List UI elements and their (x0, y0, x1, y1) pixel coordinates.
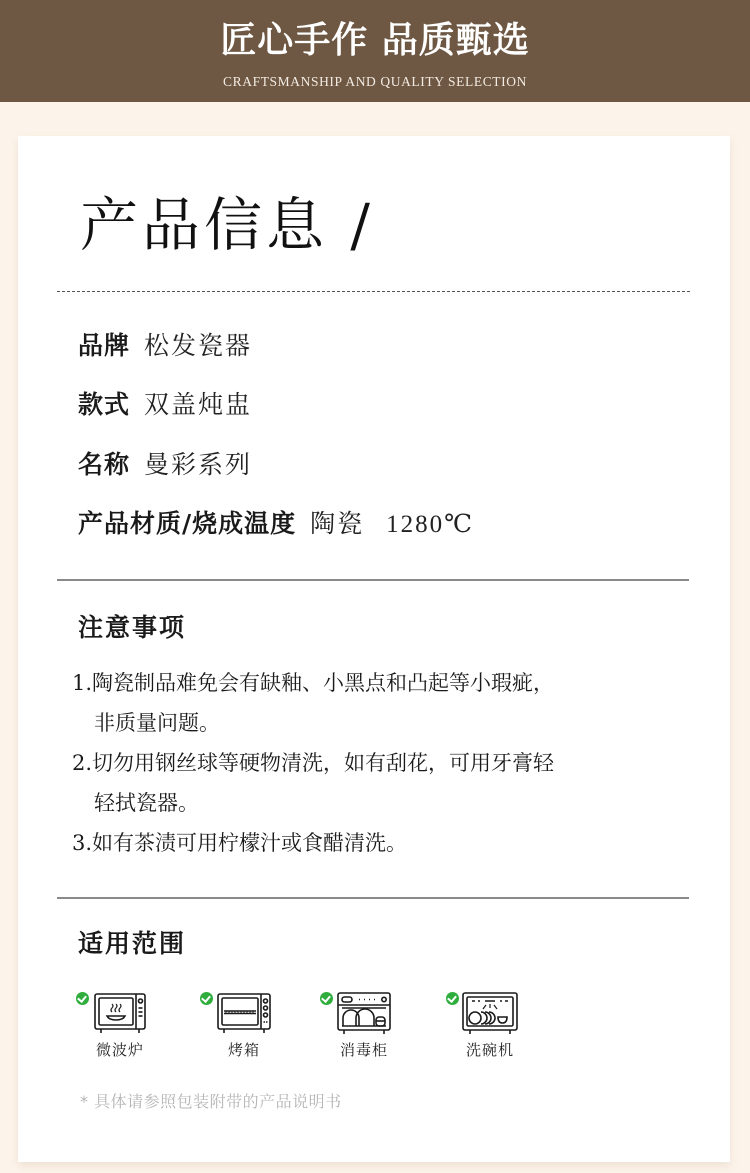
applicable-item-microwave: 微波炉 (65, 990, 175, 1060)
note-text: 3.如有茶渍可用柠檬汁或食醋清洗。 (72, 831, 407, 855)
applicable-label: 消毒柜 (309, 1040, 419, 1060)
note-item-1: 1.陶瓷制品难免会有缺釉、小黑点和凸起等小瑕疵， 非质量问题。 (72, 663, 554, 743)
applicable-label: 烤箱 (189, 1040, 299, 1060)
note-item-3: 3.如有茶渍可用柠檬汁或食醋清洗。 (72, 823, 407, 863)
microwave-icon (90, 990, 150, 1036)
spec-label: 品牌 (78, 331, 130, 360)
note-text-continued: 非质量问题。 (72, 703, 554, 743)
spec-label: 名称 (78, 450, 130, 479)
dishwasher-icon (460, 990, 520, 1036)
applicable-label: 微波炉 (65, 1040, 175, 1060)
spec-row-style: 款式双盖炖盅 (78, 387, 252, 423)
oven-icon (214, 990, 274, 1036)
applicable-label: 洗碗机 (435, 1040, 545, 1060)
header-banner: 匠心手作 品质甄选 CRAFTSMANSHIP AND QUALITY SELE… (0, 0, 750, 102)
notes-title: 注意事项 (78, 611, 186, 645)
footnote: * 具体请参照包装附带的产品说明书 (80, 1091, 342, 1113)
check-icon (76, 992, 89, 1005)
check-icon (320, 992, 333, 1005)
applicable-item-dishwasher: 洗碗机 (435, 990, 545, 1060)
banner-subtitle: CRAFTSMANSHIP AND QUALITY SELECTION (0, 73, 750, 91)
spec-row-brand: 品牌松发瓷器 (78, 328, 252, 364)
spec-value: 曼彩系列 (144, 450, 252, 479)
spec-row-name: 名称曼彩系列 (78, 447, 252, 483)
spec-value: 松发瓷器 (144, 331, 252, 360)
dashed-divider (57, 291, 690, 292)
product-info-title: 产品信息 / (80, 186, 374, 264)
applicable-item-sterilizer: 消毒柜 (309, 990, 419, 1060)
note-text: 2.切勿用钢丝球等硬物清洗，如有刮花，可用牙膏轻 (72, 751, 554, 775)
applicable-title: 适用范围 (78, 927, 186, 961)
spec-value: 双盖炖盅 (144, 390, 252, 419)
banner-title: 匠心手作 品质甄选 (0, 18, 750, 64)
check-icon (446, 992, 459, 1005)
check-icon (200, 992, 213, 1005)
spec-label: 款式 (78, 390, 130, 419)
firing-temperature: 1280℃ (386, 511, 474, 538)
applicable-item-oven: 烤箱 (189, 990, 299, 1060)
section-divider (57, 579, 689, 581)
spec-value: 陶瓷 (310, 509, 364, 538)
section-divider (57, 897, 689, 899)
note-item-2: 2.切勿用钢丝球等硬物清洗，如有刮花，可用牙膏轻 轻拭瓷器。 (72, 743, 554, 823)
sterilizer-cabinet-icon (334, 990, 394, 1036)
spec-row-material: 产品材质/烧成温度陶瓷1280℃ (78, 506, 474, 543)
note-text-continued: 轻拭瓷器。 (72, 783, 554, 823)
note-text: 1.陶瓷制品难免会有缺釉、小黑点和凸起等小瑕疵， (72, 671, 554, 695)
spec-label: 产品材质/烧成温度 (78, 509, 296, 538)
